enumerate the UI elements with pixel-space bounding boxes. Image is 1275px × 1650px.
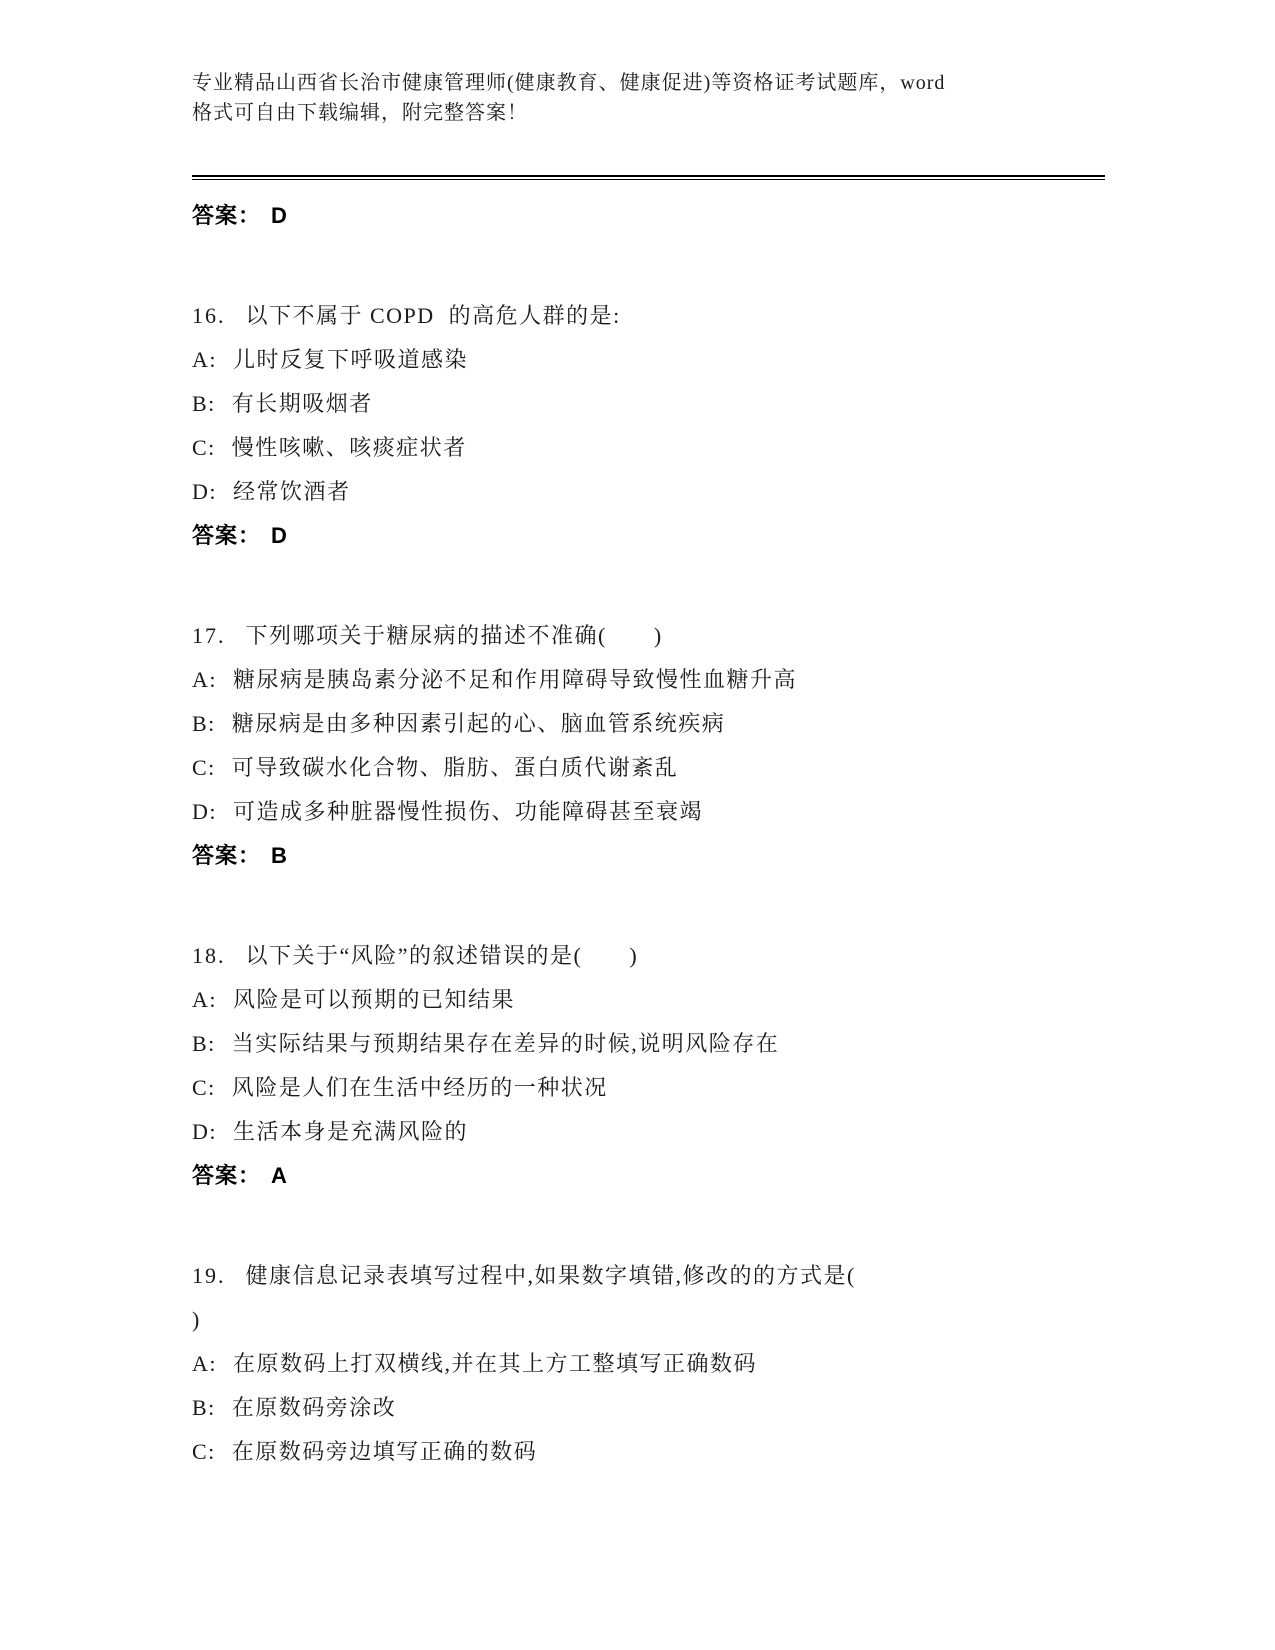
option-text: 当实际结果与预期结果存在差异的时候,说明风险存在 — [232, 1031, 780, 1056]
option-label: D: — [192, 1119, 217, 1144]
page-header: 专业精品山西省长治市健康管理师(健康教育、健康促进)等资格证考试题库，word … — [192, 68, 1107, 128]
answer-label: 答案： — [192, 843, 261, 868]
question-title: 19.健康信息记录表填写过程中,如果数字填错,修改的的方式是( ) — [192, 1254, 1107, 1342]
option-text: 糖尿病是由多种因素引起的心、脑血管系统疾病 — [232, 711, 726, 736]
question-option: C:风险是人们在生活中经历的一种状况 — [192, 1066, 1107, 1110]
question-option: C:慢性咳嗽、咳痰症状者 — [192, 426, 1107, 470]
question-option: D:经常饮酒者 — [192, 470, 1107, 514]
option-label: B: — [192, 711, 216, 736]
question: 18.以下关于“风险”的叙述错误的是( )A:风险是可以预期的已知结果B:当实际… — [192, 934, 1107, 1198]
question-option: C:可导致碳水化合物、脂肪、蛋白质代谢紊乱 — [192, 746, 1107, 790]
question: 17.下列哪项关于糖尿病的描述不准确( )A:糖尿病是胰岛素分泌不足和作用障碍导… — [192, 614, 1107, 878]
question-number: 16. — [192, 303, 226, 328]
option-label: A: — [192, 1351, 217, 1376]
option-label: A: — [192, 347, 217, 372]
answer-value: A — [271, 1163, 288, 1188]
option-text: 儿时反复下呼吸道感染 — [233, 347, 468, 372]
answer-label: 答案： — [192, 1163, 261, 1188]
option-label: B: — [192, 1395, 216, 1420]
question-text: 以下关于“风险”的叙述错误的是( ) — [246, 943, 639, 968]
answer-label: 答案： — [192, 203, 261, 228]
document-page: 专业精品山西省长治市健康管理师(健康教育、健康促进)等资格证考试题库，word … — [0, 0, 1275, 1650]
option-text: 有长期吸烟者 — [232, 391, 373, 416]
option-text: 可导致碳水化合物、脂肪、蛋白质代谢紊乱 — [232, 755, 679, 780]
option-text: 生活本身是充满风险的 — [233, 1119, 468, 1144]
question-option: D:可造成多种脏器慢性损伤、功能障碍甚至衰竭 — [192, 790, 1107, 834]
question-option: A:在原数码上打双横线,并在其上方工整填写正确数码 — [192, 1342, 1107, 1386]
question-option: A:儿时反复下呼吸道感染 — [192, 338, 1107, 382]
option-label: C: — [192, 1439, 216, 1464]
answer-line-previous-question: 答案：D — [192, 194, 1107, 238]
question-text: 健康信息记录表填写过程中,如果数字填错,修改的的方式是( ) — [192, 1263, 856, 1332]
option-text: 糖尿病是胰岛素分泌不足和作用障碍导致慢性血糖升高 — [233, 667, 797, 692]
question: 19.健康信息记录表填写过程中,如果数字填错,修改的的方式是( )A:在原数码上… — [192, 1254, 1107, 1474]
question-title: 17.下列哪项关于糖尿病的描述不准确( ) — [192, 614, 1107, 658]
question-option: C:在原数码旁边填写正确的数码 — [192, 1430, 1107, 1474]
header-separator-rule — [192, 175, 1105, 180]
answer-value: B — [271, 843, 288, 868]
question-text: 下列哪项关于糖尿病的描述不准确( ) — [246, 623, 663, 648]
option-label: C: — [192, 755, 216, 780]
answer-value: D — [271, 523, 288, 548]
option-text: 在原数码旁涂改 — [232, 1395, 397, 1420]
answer-label: 答案： — [192, 523, 261, 548]
header-disclaimer-line2: 格式可自由下载编辑，附完整答案！ — [192, 98, 1107, 128]
option-label: B: — [192, 391, 216, 416]
question: 16.以下不属于 COPD 的高危人群的是:A:儿时反复下呼吸道感染B:有长期吸… — [192, 294, 1107, 558]
option-text: 风险是人们在生活中经历的一种状况 — [232, 1075, 608, 1100]
question-option: A:风险是可以预期的已知结果 — [192, 978, 1107, 1022]
option-label: B: — [192, 1031, 216, 1056]
question-text: 以下不属于 COPD 的高危人群的是: — [246, 303, 621, 328]
answer-line: 答案：A — [192, 1154, 1107, 1198]
question-option: B:有长期吸烟者 — [192, 382, 1107, 426]
question-number: 19. — [192, 1263, 226, 1288]
option-text: 可造成多种脏器慢性损伤、功能障碍甚至衰竭 — [233, 799, 703, 824]
option-text: 风险是可以预期的已知结果 — [233, 987, 515, 1012]
header-disclaimer-line1: 专业精品山西省长治市健康管理师(健康教育、健康促进)等资格证考试题库，word — [192, 68, 1107, 98]
questions-list: 16.以下不属于 COPD 的高危人群的是:A:儿时反复下呼吸道感染B:有长期吸… — [192, 294, 1107, 1474]
question-title: 16.以下不属于 COPD 的高危人群的是: — [192, 294, 1107, 338]
question-number: 17. — [192, 623, 226, 648]
option-label: C: — [192, 435, 216, 460]
option-text: 经常饮酒者 — [233, 479, 351, 504]
answer-line: 答案：D — [192, 514, 1107, 558]
answer-value: D — [271, 203, 288, 228]
question-option: B:糖尿病是由多种因素引起的心、脑血管系统疾病 — [192, 702, 1107, 746]
option-text: 慢性咳嗽、咳痰症状者 — [232, 435, 467, 460]
option-text: 在原数码上打双横线,并在其上方工整填写正确数码 — [233, 1351, 757, 1376]
question-number: 18. — [192, 943, 226, 968]
option-label: A: — [192, 667, 217, 692]
option-label: D: — [192, 479, 217, 504]
answer-line: 答案：B — [192, 834, 1107, 878]
question-title: 18.以下关于“风险”的叙述错误的是( ) — [192, 934, 1107, 978]
option-label: D: — [192, 799, 217, 824]
question-option: A:糖尿病是胰岛素分泌不足和作用障碍导致慢性血糖升高 — [192, 658, 1107, 702]
question-option: D:生活本身是充满风险的 — [192, 1110, 1107, 1154]
option-text: 在原数码旁边填写正确的数码 — [232, 1439, 538, 1464]
option-label: C: — [192, 1075, 216, 1100]
option-label: A: — [192, 987, 217, 1012]
question-option: B:当实际结果与预期结果存在差异的时候,说明风险存在 — [192, 1022, 1107, 1066]
question-option: B:在原数码旁涂改 — [192, 1386, 1107, 1430]
